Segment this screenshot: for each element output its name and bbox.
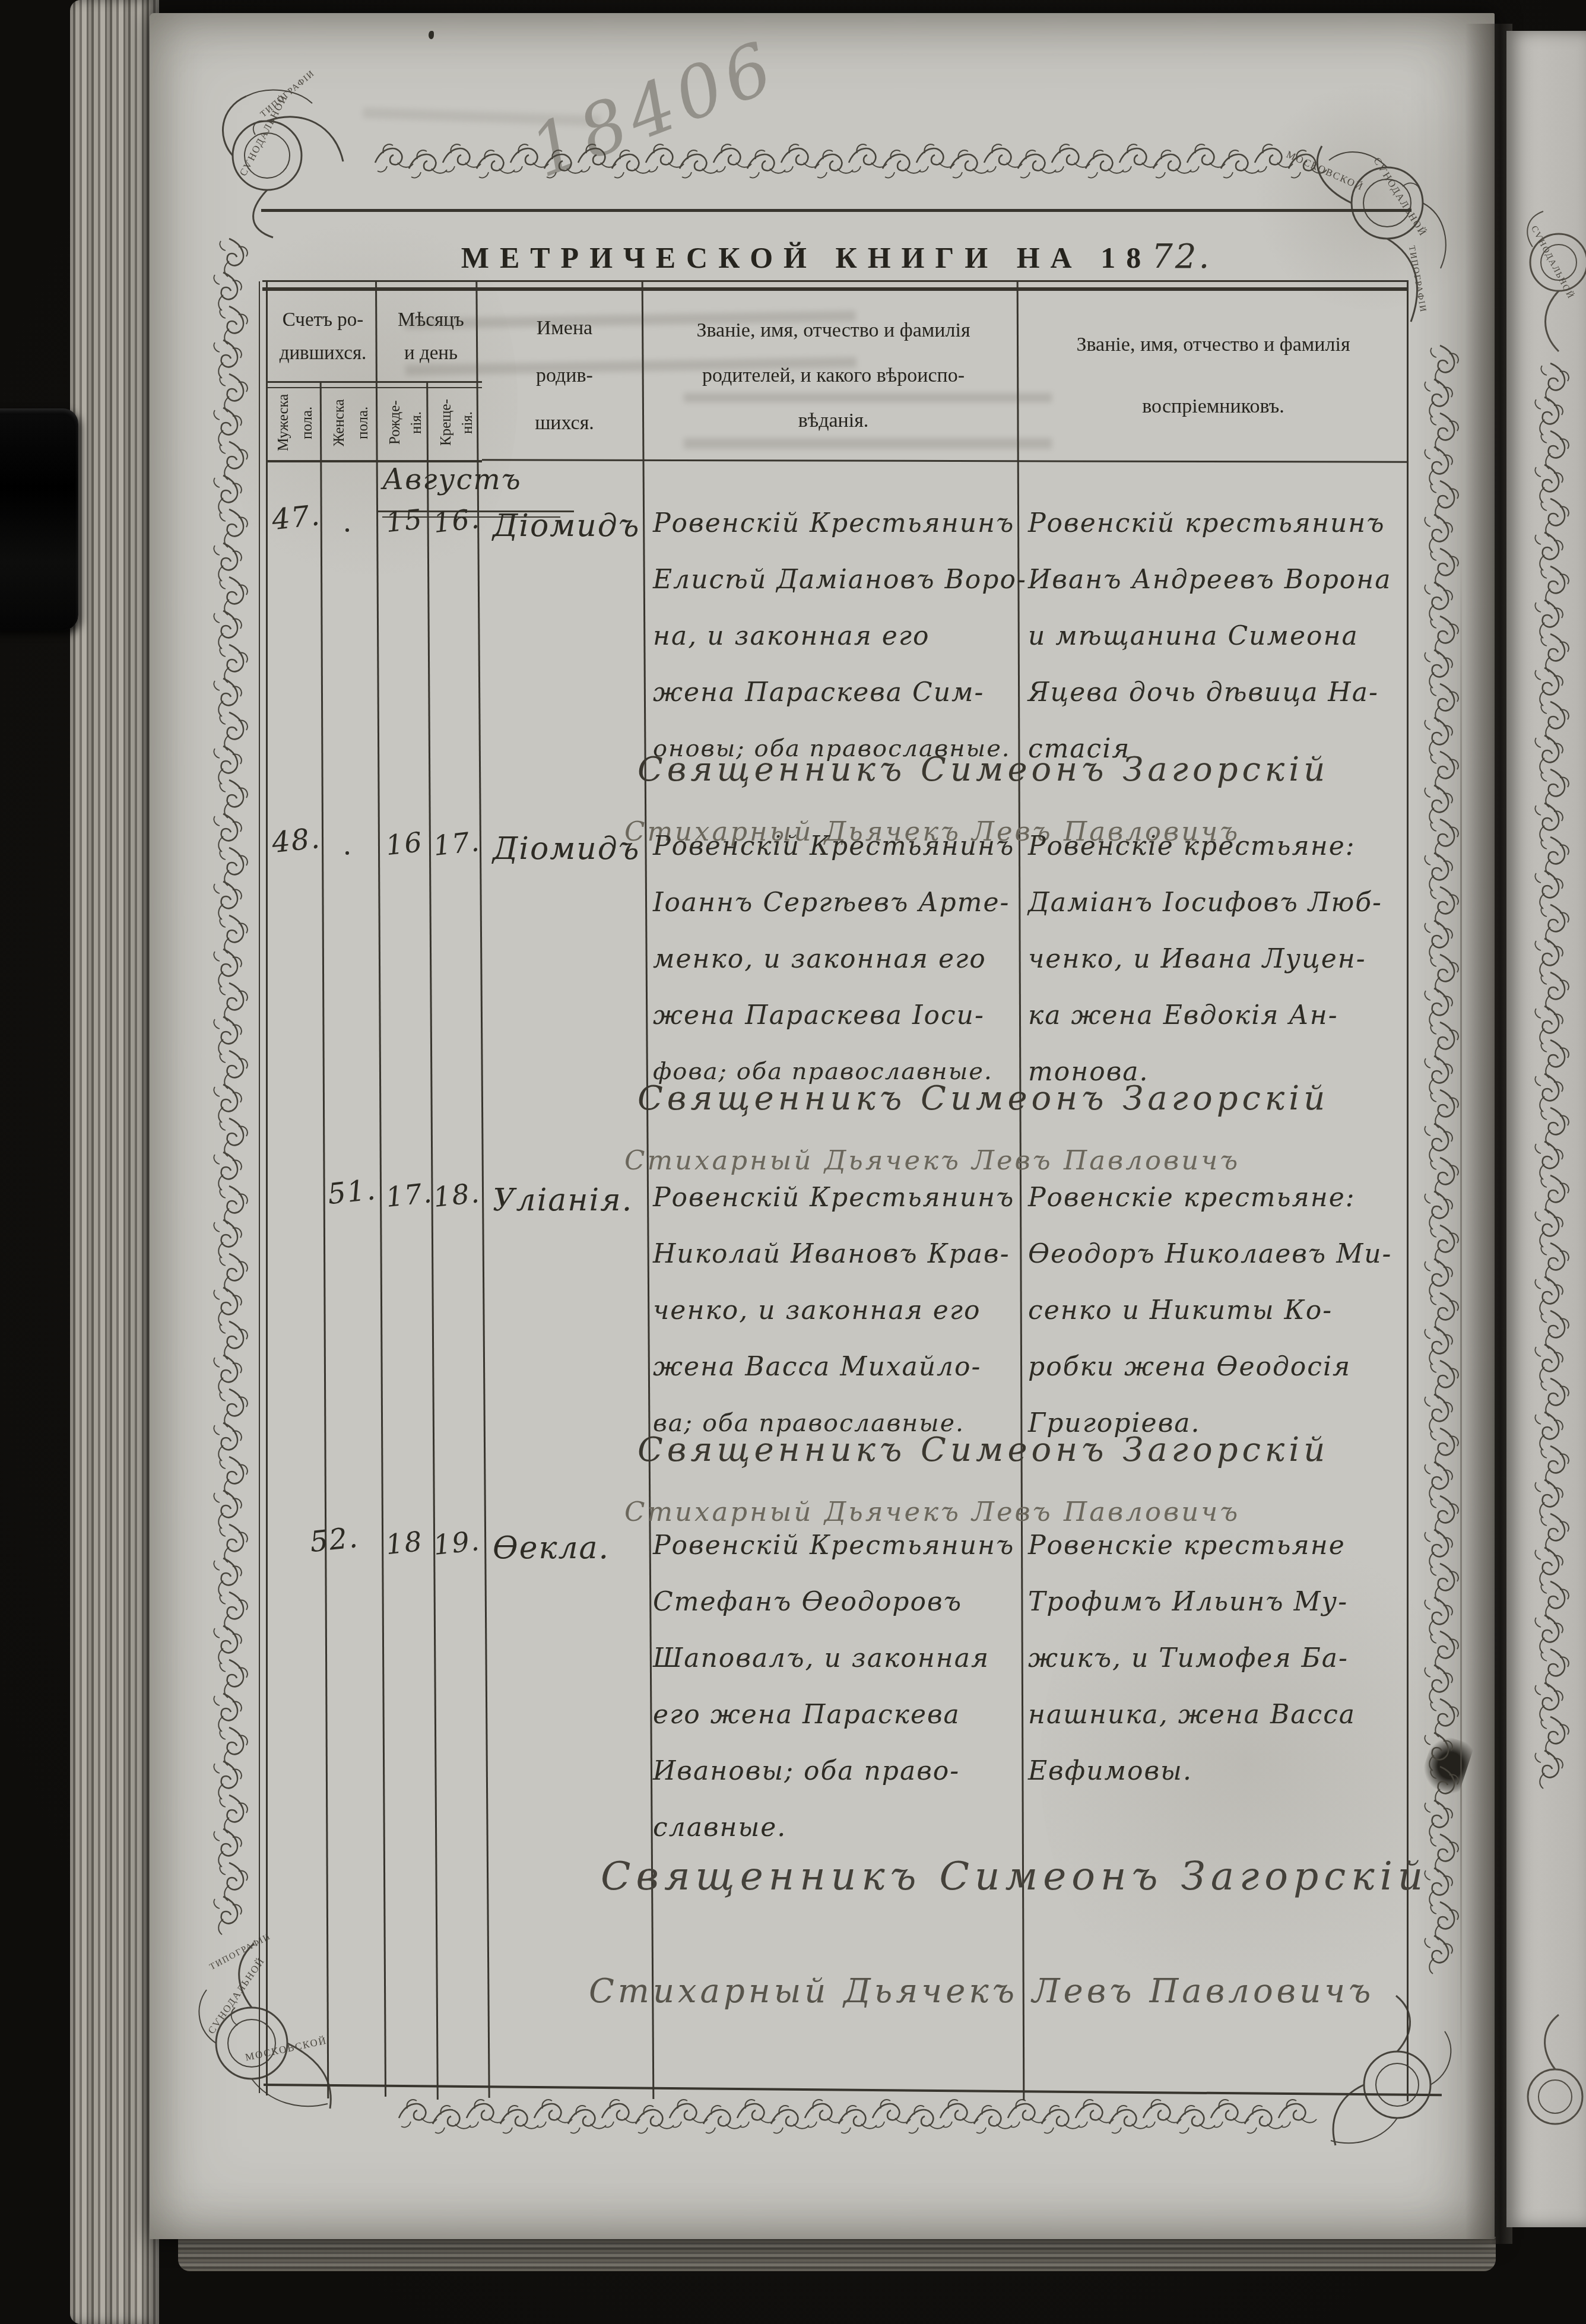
hw-line: сенко и Никиты Ко-	[1028, 1282, 1402, 1339]
hw-line: Яцева дочь дѣвица На-	[1028, 664, 1402, 721]
hw-line: Иванъ Андреевъ Ворона	[1028, 551, 1402, 608]
frame-corner-bottom-right	[1314, 1990, 1468, 2168]
table-rule	[264, 2084, 1442, 2096]
entry-child-name: Діомидъ	[493, 508, 640, 544]
hw-line: менко, и законная его	[653, 931, 1018, 987]
page-title-year-handwritten: 72.	[1152, 237, 1211, 276]
hw-line: Ровенскіе крестьяне:	[1028, 1169, 1402, 1226]
frame-vine-right	[1413, 345, 1460, 1984]
next-page-vine	[1523, 363, 1571, 1788]
top-rule	[261, 209, 1411, 212]
hw-line: Трофимъ Ильинъ Му-	[1028, 1574, 1402, 1630]
hw-line: ка жена Евдокія Ан-	[1028, 987, 1402, 1044]
column-header-month-day: Мѣсяцъ и день	[380, 293, 482, 380]
signature-priest: Священникъ Симеонъ Загорскій	[637, 1079, 1329, 1118]
table-rule	[259, 281, 260, 2093]
table-rule	[266, 381, 482, 383]
hw-line: Шаповалъ, и законная	[653, 1630, 1018, 1686]
entry-godparents-text: Ровенскій крестьянинъ Иванъ Андреевъ Вор…	[1028, 495, 1402, 777]
signature-priest: Священникъ Симеонъ Загорскій	[637, 750, 1329, 789]
hw-line: Ивановы; оба право-	[653, 1743, 1018, 1799]
column-header-male: Мужеска пола.	[272, 387, 319, 458]
hw-line: жена Параскева Сим-	[653, 664, 1018, 721]
entry-male-number: 48.	[270, 822, 322, 860]
entry-baptism-day: 17.	[432, 825, 481, 862]
hw-line: Стефанъ Ѳеодоровъ	[653, 1574, 1018, 1630]
column-header-parents: Званіе, имя, отчество и фамилія родителе…	[649, 293, 1018, 458]
hw-line: Николай Ивановъ Крав-	[653, 1226, 1018, 1282]
frame-vine-top	[375, 142, 1325, 190]
entry-parents-text: Ровенскій Крестьянинъ Елисѣй Даміановъ В…	[653, 495, 1018, 777]
hw-line: Ровенскій Крестьянинъ	[653, 818, 1018, 874]
frame-vine-bottom	[399, 2098, 1325, 2145]
hw-line: Ровенскій Крестьянинъ	[653, 1169, 1018, 1226]
table-rule	[320, 383, 329, 2098]
column-header-godparents: Званіе, имя, отчество и фамилія воспріем…	[1022, 293, 1405, 458]
hw-line: Іоаннъ Сергѣевъ Арте-	[653, 874, 1018, 931]
ink-speck	[429, 31, 434, 39]
entry-baptism-day: 16.	[432, 502, 481, 539]
hw-line: и мѣщанина Симеона	[1028, 608, 1402, 664]
ledger-page: 18406 СѴНОДАЛЬНОЙ ТИПОГРАФІИ МОСКОВСКОЙ	[150, 13, 1495, 2239]
table-rule	[262, 280, 1408, 282]
frame-corner-top-left	[196, 72, 350, 239]
hw-line: Ровенскій Крестьянинъ	[653, 1517, 1018, 1574]
entry-parents-text: Ровенскій Крестьянинъ Николай Ивановъ Кр…	[653, 1169, 1018, 1451]
column-header-baptism: Креще- нія.	[436, 387, 478, 458]
month-label: Августъ	[382, 463, 522, 496]
paper-crease	[1460, 547, 1462, 2079]
entry-baptism-day: 18.	[432, 1177, 481, 1213]
hw-line: жикъ, и Тимофея Ба-	[1028, 1630, 1402, 1686]
hw-line: на, и законная его	[653, 608, 1018, 664]
hw-line: Елисѣй Даміановъ Воро-	[653, 551, 1018, 608]
entry-baptism-day: 19.	[432, 1524, 481, 1561]
entry-birth-day: 16	[384, 826, 424, 861]
entry-godparents-text: Ровенскіе крестьяне: Ѳеодоръ Николаевъ М…	[1028, 1169, 1402, 1451]
entry-parents-text: Ровенскій Крестьянинъ Стефанъ Ѳеодоровъ …	[653, 1517, 1018, 1856]
entry-female-number: 51.	[326, 1173, 378, 1211]
next-page-corner-ornament	[1517, 209, 1586, 363]
entry-male-number: 47.	[270, 499, 322, 537]
hw-line: робки жена Ѳеодосія	[1028, 1339, 1402, 1395]
black-binder-clip	[0, 408, 78, 630]
next-page-sliver: СѴНОДАЛЬНОЙ	[1506, 31, 1586, 2227]
page-title: МЕТРИЧЕСКОЙ КНИГИ НА 1872.	[266, 237, 1407, 276]
table-rule	[482, 459, 1407, 462]
signature-priest: Священникъ Симеонъ Загорскій	[637, 1431, 1329, 1469]
hw-line: нашника, жена Васса	[1028, 1686, 1402, 1743]
hw-line: ченко, и Ивана Луцен-	[1028, 931, 1402, 987]
next-page-corner-ornament	[1516, 2008, 1586, 2150]
column-header-names: Имена родив- шихся.	[484, 293, 645, 458]
book-page-stack-left	[70, 0, 159, 2324]
hw-line: Ровенскій крестьянинъ	[1028, 495, 1402, 551]
hw-line: Ровенскіе крестьяне	[1028, 1517, 1402, 1574]
signature-priest-final: Священникъ Симеонъ Загорскій	[601, 1853, 1428, 1899]
page-fold-shadow	[1465, 24, 1512, 2244]
hw-line: ченко, и законная его	[653, 1282, 1018, 1339]
entry-female-number: 52.	[308, 1521, 360, 1559]
entry-godparents-text: Ровенскіе крестьяне: Даміанъ Іосифовъ Лю…	[1028, 818, 1402, 1100]
entry-child-name: Уліанія.	[493, 1182, 633, 1218]
entry-birth-day: 17.	[384, 1177, 434, 1213]
hw-line: жена Васса Михайло-	[653, 1339, 1018, 1395]
entry-parents-text: Ровенскій Крестьянинъ Іоаннъ Сергѣевъ Ар…	[653, 818, 1018, 1100]
table-rule	[266, 460, 482, 462]
column-header-female: Женска пола.	[328, 387, 375, 458]
ink-speck	[345, 528, 349, 532]
entry-birth-day: 18	[384, 1525, 424, 1561]
column-header-birth: Рожде- нія.	[385, 387, 427, 458]
hw-line: жена Параскева Іоси-	[653, 987, 1018, 1044]
ink-speck	[345, 851, 349, 855]
entry-birth-day: 15	[384, 503, 424, 538]
page-title-printed: МЕТРИЧЕСКОЙ КНИГИ НА 18	[461, 241, 1152, 274]
hw-line: Ровенскій Крестьянинъ	[653, 495, 1018, 551]
frame-vine-left	[202, 239, 249, 1942]
hw-line: Ѳеодоръ Николаевъ Ми-	[1028, 1226, 1402, 1282]
hw-line: Даміанъ Іосифовъ Люб-	[1028, 874, 1402, 931]
entry-child-name: Діомидъ	[493, 831, 640, 867]
book-page-stack-bottom	[178, 2237, 1496, 2271]
entry-godparents-text: Ровенскіе крестьяне Трофимъ Ильинъ Му- ж…	[1028, 1517, 1402, 1799]
signature-clerk-final: Стихарный Дьячекъ Левъ Павловичъ	[589, 1972, 1374, 2011]
column-header-count: Счетъ ро- дившихся.	[266, 293, 380, 380]
table-rule	[266, 280, 268, 2095]
hw-line: славные.	[653, 1799, 1018, 1856]
hw-line: Ровенскіе крестьяне:	[1028, 818, 1402, 874]
table-rule	[426, 383, 439, 2100]
table-rule	[1407, 280, 1409, 2101]
table-rule	[262, 287, 1408, 291]
hw-line: Евфимовы.	[1028, 1743, 1402, 1799]
entry-child-name: Ѳекла.	[493, 1530, 610, 1566]
hw-line: его жена Параскева	[653, 1686, 1018, 1743]
